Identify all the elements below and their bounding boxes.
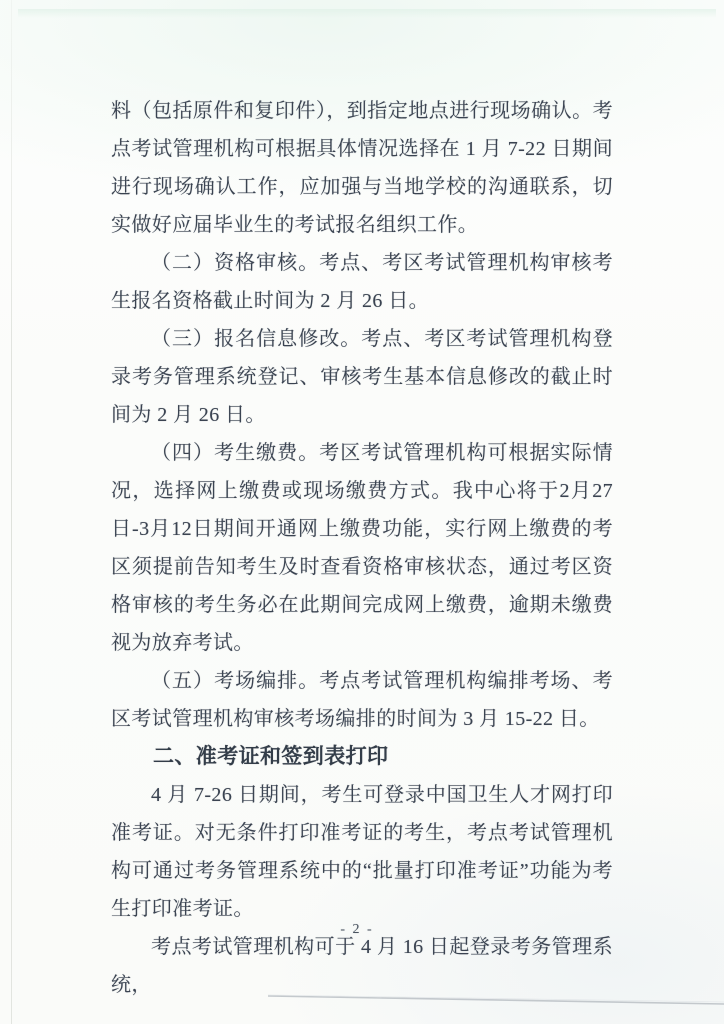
paragraph-qualification-review: （二）资格审核。考点、考区考试管理机构审核考生报名资格截止时间为 2 月 26 … <box>111 244 613 320</box>
scanned-document-page: 料（包括原件和复印件），到指定地点进行现场确认。考点考试管理机构可根据具体情况选… <box>0 0 724 1024</box>
document-body: 料（包括原件和复印件），到指定地点进行现场确认。考点考试管理机构可根据具体情况选… <box>111 92 613 1004</box>
section-heading-admission-ticket-printing: 二、准考证和签到表打印 <box>111 738 613 776</box>
paragraph-candidate-payment: （四）考生缴费。考区考试管理机构可根据实际情况，选择网上缴费或现场缴费方式。我中… <box>111 434 613 662</box>
paragraph-registration-onsite-confirmation: 料（包括原件和复印件），到指定地点进行现场确认。考点考试管理机构可根据具体情况选… <box>111 92 613 244</box>
paragraph-exam-management-login: 考点考试管理机构可于 4 月 16 日起登录考务管理系统， <box>111 928 613 1004</box>
scan-edge-top <box>18 9 716 18</box>
scan-edge-left <box>11 0 12 1024</box>
paragraph-exam-room-arrangement: （五）考场编排。考点考试管理机构编排考场、考区考试管理机构审核考场编排的时间为 … <box>111 662 613 738</box>
paragraph-admission-ticket-print-period: 4 月 7-26 日期间，考生可登录中国卫生人才网打印准考证。对无条件打印准考证… <box>111 776 613 928</box>
paragraph-registration-info-modification: （三）报名信息修改。考点、考区考试管理机构登录考务管理系统登记、审核考生基本信息… <box>111 320 613 434</box>
page-number: - 2 - <box>0 922 714 938</box>
